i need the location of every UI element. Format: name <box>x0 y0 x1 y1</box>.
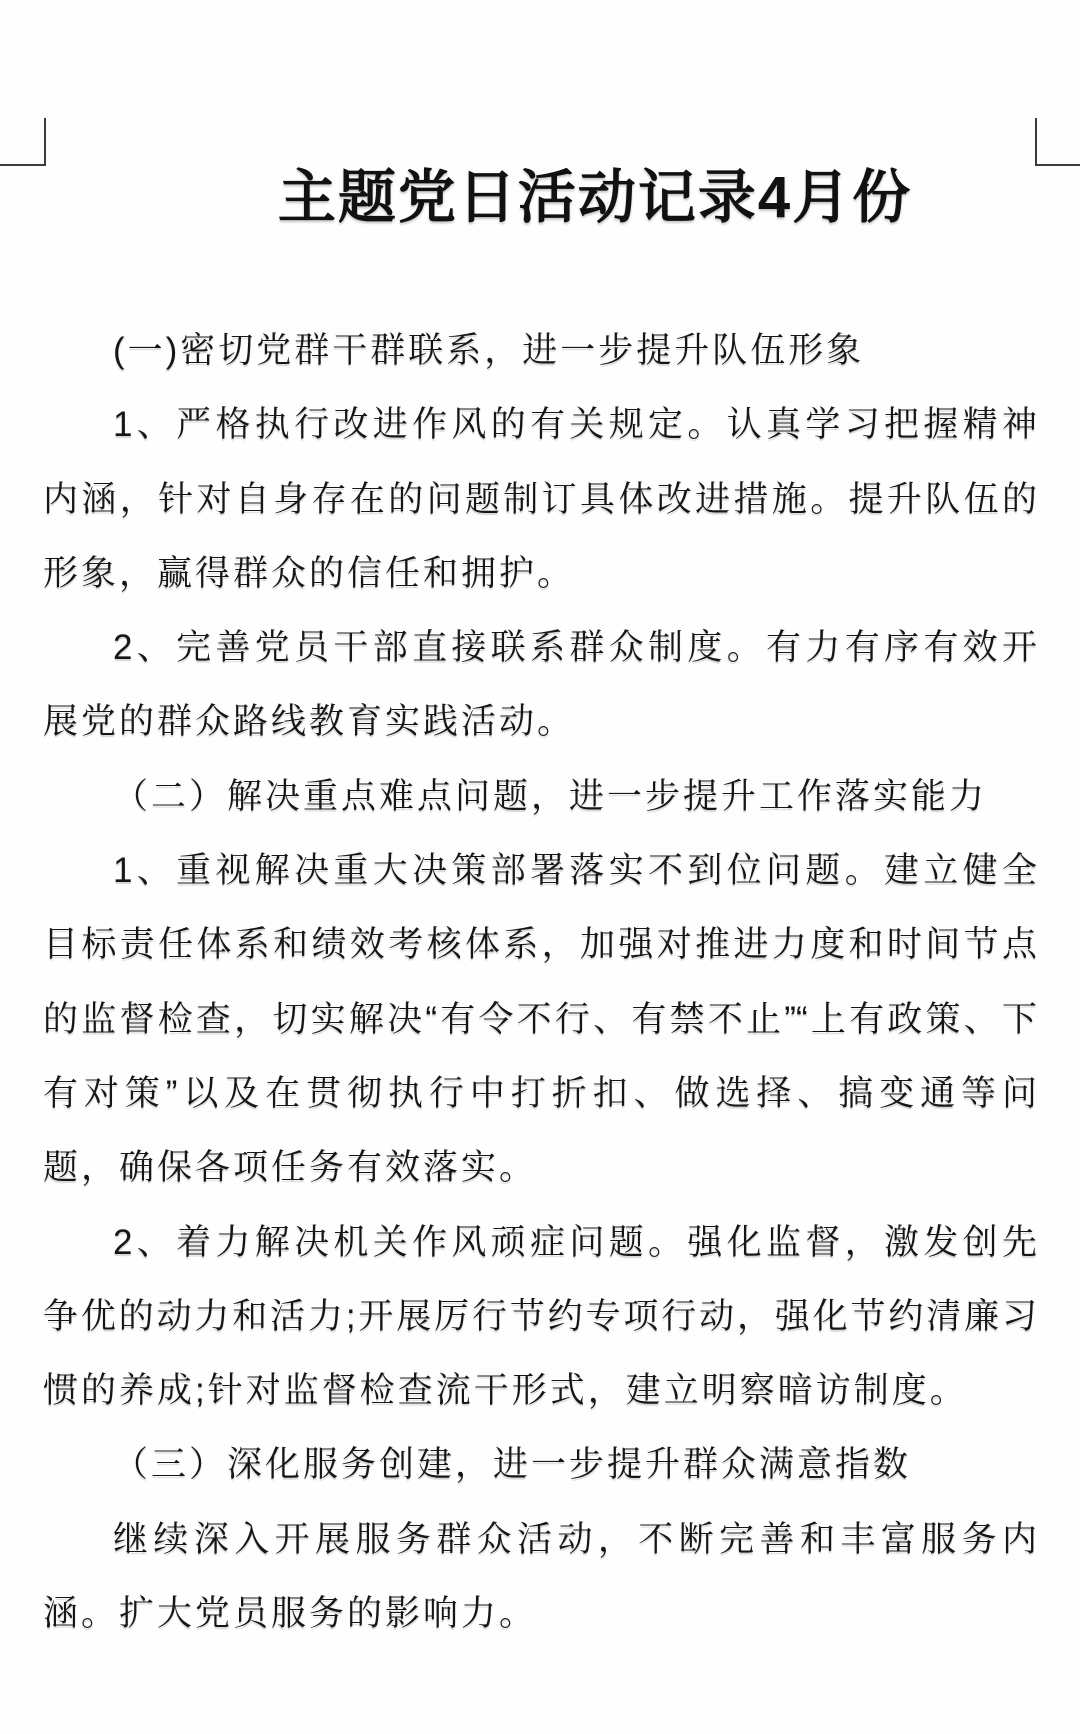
text-line: (一)密切党群干群联系，进一步提升队伍形象 <box>43 314 1037 388</box>
document-title: 主题党日活动记录4月份 <box>43 160 1037 236</box>
text-line: 争优的动力和活力;开展厉行节约专项行动，强化节约清廉习 <box>43 1280 1037 1354</box>
text-line: 涵。扩大党员服务的影响力。 <box>43 1577 1037 1651</box>
text-line: 内涵，针对自身存在的问题制订具体改进措施。提升队伍的 <box>43 463 1037 537</box>
text-line: 2、着力解决机关作风顽症问题。强化监督，激发创先 <box>43 1206 1037 1280</box>
text-line: 1、严格执行改进作风的有关规定。认真学习把握精神 <box>43 388 1037 462</box>
text-line: 有对策”以及在贯彻执行中打折扣、做选择、搞变通等问 <box>43 1057 1037 1131</box>
text-line: 目标责任体系和绩效考核体系，加强对推进力度和时间节点 <box>43 908 1037 982</box>
text-line: 惯的养成;针对监督检查流干形式，建立明察暗访制度。 <box>43 1354 1037 1428</box>
text-line: 形象，赢得群众的信任和拥护。 <box>43 537 1037 611</box>
text-line: 1、重视解决重大决策部署落实不到位问题。建立健全 <box>43 834 1037 908</box>
text-line: 继续深入开展服务群众活动，不断完善和丰富服务内 <box>43 1503 1037 1577</box>
text-line: （三）深化服务创建，进一步提升群众满意指数 <box>43 1428 1037 1502</box>
page-corner-mark-top-right <box>1035 118 1080 166</box>
text-line: 展党的群众路线教育实践活动。 <box>43 685 1037 759</box>
text-line: 的监督检查，切实解决“有令不行、有禁不止”“上有政策、下 <box>43 983 1037 1057</box>
text-line: 2、完善党员干部直接联系群众制度。有力有序有效开 <box>43 611 1037 685</box>
text-line: （二）解决重点难点问题，进一步提升工作落实能力 <box>43 760 1037 834</box>
document-body: (一)密切党群干群联系，进一步提升队伍形象 1、严格执行改进作风的有关规定。认真… <box>43 314 1037 1651</box>
document-page: 主题党日活动记录4月份 (一)密切党群干群联系，进一步提升队伍形象 1、严格执行… <box>0 0 1080 1734</box>
page-corner-mark-top-left <box>0 118 46 166</box>
text-line: 题，确保各项任务有效落实。 <box>43 1131 1037 1205</box>
